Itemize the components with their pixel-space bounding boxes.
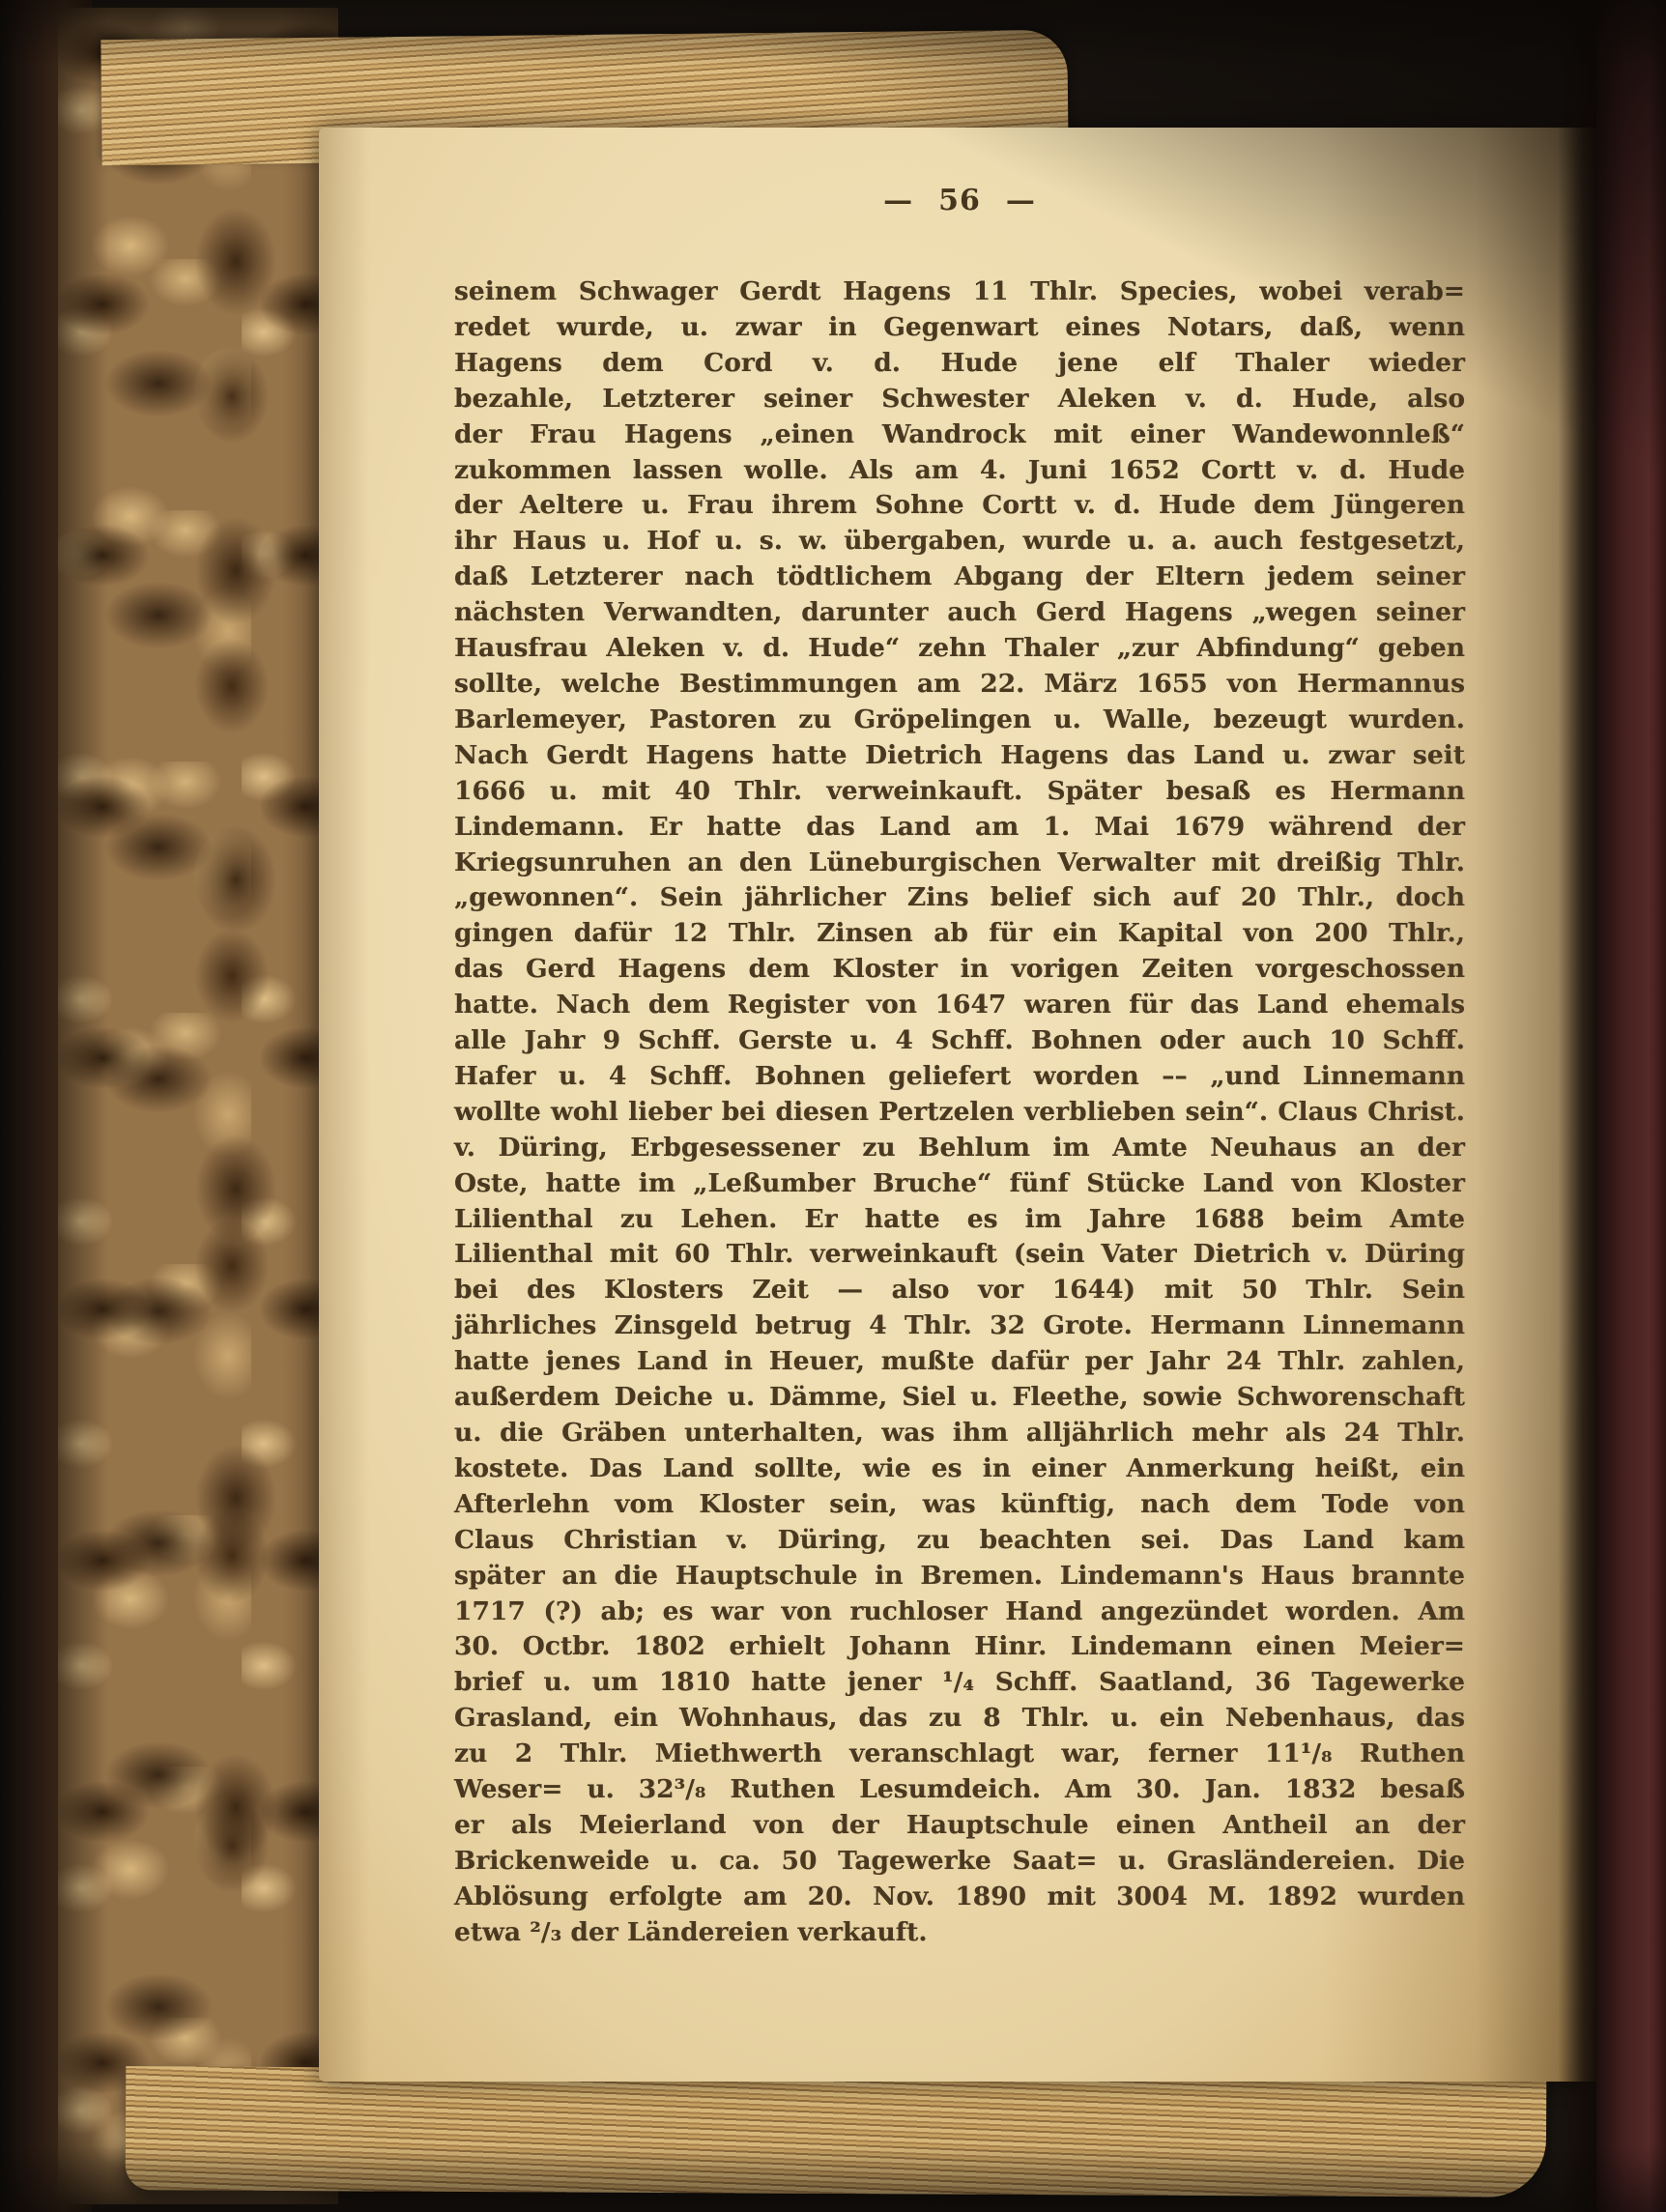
text-line: Brickenweide u. ca. 50 Tagewerke Saat= u… (454, 1844, 1465, 1880)
text-line: 1666 u. mit 40 Thlr. verweinkauft. Späte… (454, 774, 1465, 810)
text-line: Hagens dem Cord v. d. Hude jene elf Thal… (454, 346, 1465, 382)
text-line: u. die Gräben unterhalten, was ihm alljä… (454, 1416, 1465, 1451)
text-line: Afterlehn vom Kloster sein, was künftig,… (454, 1487, 1465, 1523)
text-line: hatte. Nach dem Register von 1647 waren … (454, 988, 1465, 1023)
text-line: zukommen lassen wolle. Als am 4. Juni 16… (454, 453, 1465, 489)
text-line: das Gerd Hagens dem Kloster in vorigen Z… (454, 952, 1465, 988)
text-line: er als Meierland von der Hauptschule ein… (454, 1808, 1465, 1844)
text-line: 30. Octbr. 1802 erhielt Johann Hinr. Lin… (454, 1629, 1465, 1665)
text-line: 1717 (?) ab; es war von ruchloser Hand a… (454, 1594, 1465, 1630)
header-dash-left: — (858, 184, 938, 217)
text-line: Grasland, ein Wohnhaus, das zu 8 Thlr. u… (454, 1701, 1465, 1737)
text-line: hatte jenes Land in Heuer, mußte dafür p… (454, 1344, 1465, 1380)
text-line: ihr Haus u. Hof u. s. w. übergaben, wurd… (454, 524, 1465, 560)
text-line: wollte wohl lieber bei diesen Pertzelen … (454, 1095, 1465, 1131)
text-line: später an die Hauptschule in Bremen. Lin… (454, 1559, 1465, 1594)
text-line: Hafer u. 4 Schff. Bohnen geliefert worde… (454, 1059, 1465, 1095)
text-line: gingen dafür 12 Thlr. Zinsen ab für ein … (454, 916, 1465, 952)
text-line: nächsten Verwandten, darunter auch Gerd … (454, 595, 1465, 631)
text-line: Claus Christian v. Düring, zu beachten s… (454, 1523, 1465, 1559)
text-line: redet wurde, u. zwar in Gegenwart eines … (454, 310, 1465, 346)
text-line: bezahle, Letzterer seiner Schwester Alek… (454, 382, 1465, 417)
text-line: Ablösung erfolgte am 20. Nov. 1890 mit 3… (454, 1880, 1465, 1915)
text-line: Lilienthal mit 60 Thlr. verweinkauft (se… (454, 1237, 1465, 1273)
text-line: Lindemann. Er hatte das Land am 1. Mai 1… (454, 810, 1465, 846)
page-header: —56— (454, 184, 1465, 217)
text-line: kostete. Das Land sollte, wie es in eine… (454, 1451, 1465, 1487)
text-line: Oste, hatte im „Leßumber Bruche“ fünf St… (454, 1166, 1465, 1202)
text-line: etwa ²/₃ der Ländereien verkauft. (454, 1915, 1465, 1951)
text-line: Nach Gerdt Hagens hatte Dietrich Hagens … (454, 738, 1465, 774)
text-line: Barlemeyer, Pastoren zu Gröpelingen u. W… (454, 703, 1465, 738)
text-line: bei des Klosters Zeit — also vor 1644) m… (454, 1273, 1465, 1308)
text-line: Weser= u. 32³/₈ Ruthen Lesumdeich. Am 30… (454, 1772, 1465, 1808)
text-line: der Frau Hagens „einen Wandrock mit eine… (454, 417, 1465, 453)
printed-area: —56— seinem Schwager Gerdt Hagens 11 Thl… (319, 128, 1604, 2082)
page-number: 56 (938, 184, 981, 217)
text-line: „gewonnen“. Sein jährlicher Zins belief … (454, 880, 1465, 916)
book-photo: —56— seinem Schwager Gerdt Hagens 11 Thl… (0, 0, 1666, 2212)
text-line: brief u. um 1810 hatte jener ¹/₄ Schff. … (454, 1665, 1465, 1701)
text-line: der Aeltere u. Frau ihrem Sohne Cortt v.… (454, 488, 1465, 524)
text-block: seinem Schwager Gerdt Hagens 11 Thlr. Sp… (454, 274, 1465, 1951)
marbled-edge (58, 8, 338, 2204)
right-book-cover (1596, 0, 1666, 2212)
text-line: v. Düring, Erbgesessener zu Behlum im Am… (454, 1131, 1465, 1166)
page-stack-bottom-edge (126, 2066, 1547, 2198)
text-line: daß Letzterer nach tödtlichem Abgang der… (454, 560, 1465, 595)
text-line: jährliches Zinsgeld betrug 4 Thlr. 32 Gr… (454, 1308, 1465, 1344)
text-line: sollte, welche Bestimmungen am 22. März … (454, 667, 1465, 703)
text-line: Hausfrau Aleken v. d. Hude“ zehn Thaler … (454, 631, 1465, 667)
text-line: Kriegsunruhen an den Lüneburgischen Verw… (454, 846, 1465, 881)
text-line: Lilienthal zu Lehen. Er hatte es im Jahr… (454, 1202, 1465, 1238)
text-line: seinem Schwager Gerdt Hagens 11 Thlr. Sp… (454, 274, 1465, 310)
text-line: außerdem Deiche u. Dämme, Siel u. Fleeth… (454, 1380, 1465, 1416)
header-dash-right: — (981, 184, 1061, 217)
text-line: alle Jahr 9 Schff. Gerste u. 4 Schff. Bo… (454, 1023, 1465, 1059)
text-line: zu 2 Thlr. Miethwerth veranschlagt war, … (454, 1737, 1465, 1772)
